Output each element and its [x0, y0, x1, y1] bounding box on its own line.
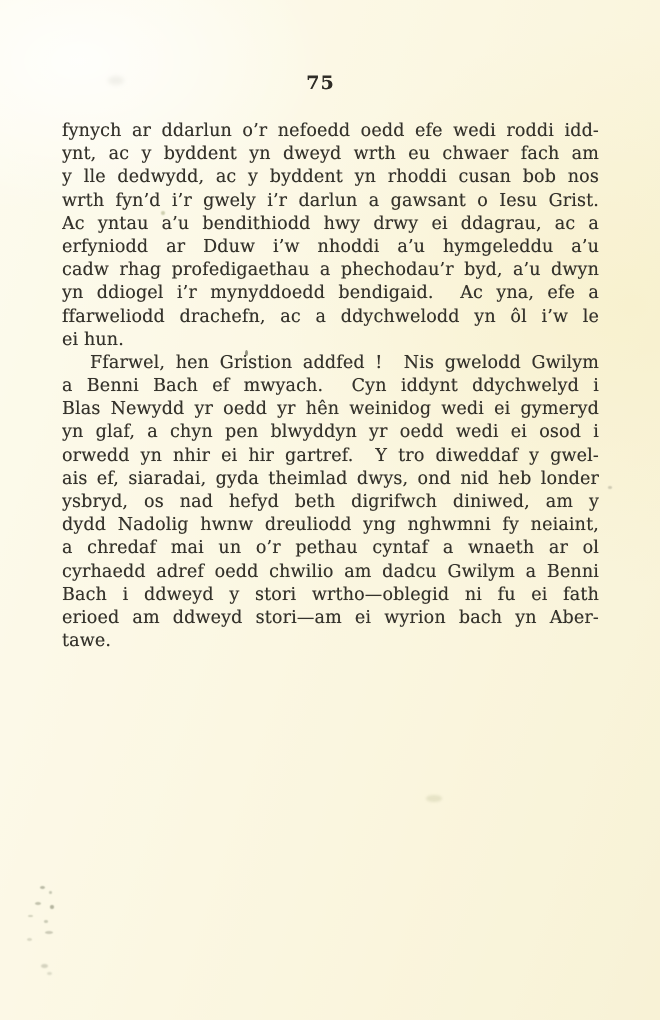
text-line: a Benni Bach ef mwyach. Cyn iddynt ddych… [62, 375, 599, 398]
smudge [47, 972, 52, 975]
smudge [50, 905, 54, 909]
text-line: Ac yntau a’u bendithiodd hwy drwy ei dda… [62, 213, 599, 236]
text-line: ysbryd, os nad hefyd beth digrifwch dini… [62, 491, 599, 514]
paragraph: fynych ar ddarlun o’r nefoedd oedd efe w… [62, 120, 599, 352]
text-line: cyrhaedd adref oedd chwilio am dadcu Gwi… [62, 561, 599, 584]
text-line: ei hun. [62, 329, 599, 352]
text-line: yn glaf, a chyn pen blwyddyn yr oedd wed… [62, 421, 599, 444]
text-line: orwedd yn nhir ei hir gartref. Y tro diw… [62, 445, 599, 468]
smudge [41, 964, 48, 968]
body-text: fynych ar ddarlun o’r nefoedd oedd efe w… [62, 120, 599, 653]
text-line: ffarweliodd drachefn, ac a ddychwelodd y… [62, 306, 599, 329]
text-line: Ffarwel, hen Gristion addfed ! Nis gwelo… [62, 352, 599, 375]
text-line: wrth fyn’d i’r gwely i’r darlun a gawsan… [62, 190, 599, 213]
text-line: fynych ar ddarlun o’r nefoedd oedd efe w… [62, 120, 599, 143]
text-line: tawe. [62, 630, 599, 653]
smudge [44, 920, 48, 923]
smudge [608, 486, 612, 489]
text-line: cadw rhag profedigaethau a phechodau’r b… [62, 259, 599, 282]
smudge [40, 886, 45, 889]
smudge [27, 938, 32, 941]
page-number: 75 [62, 72, 579, 94]
text-line: y lle dedwydd, ac y byddent yn rhoddi cu… [62, 166, 599, 189]
smudge [49, 891, 52, 894]
text-line: ynt, ac y byddent yn dweyd wrth eu chwae… [62, 143, 599, 166]
text-line: dydd Nadolig hwnw dreuliodd yng nghwmni … [62, 514, 599, 537]
text-line: a chredaf mai un o’r pethau cyntaf a wna… [62, 537, 599, 560]
text-line: erioed am ddweyd stori—am ei wyrion bach… [62, 607, 599, 630]
text-line: Blas Newydd yr oedd yr hên weinidog wedi… [62, 398, 599, 421]
smudge [28, 915, 33, 917]
text-line: ais ef, siaradai, gyda theimlad dwys, on… [62, 468, 599, 491]
text-line: erfyniodd ar Dduw i’w nhoddi a’u hymgele… [62, 236, 599, 259]
smudge [426, 795, 442, 802]
paragraph: Ffarwel, hen Gristion addfed ! Nis gwelo… [62, 352, 599, 653]
smudge [35, 902, 41, 905]
smudge [45, 931, 53, 934]
text-line: Bach i ddweyd y stori wrtho—oblegid ni f… [62, 584, 599, 607]
text-line: yn ddiogel i’r mynyddoedd bendigaid. Ac … [62, 282, 599, 305]
book-page: 75 fynych ar ddarlun o’r nefoedd oedd ef… [0, 0, 660, 1020]
